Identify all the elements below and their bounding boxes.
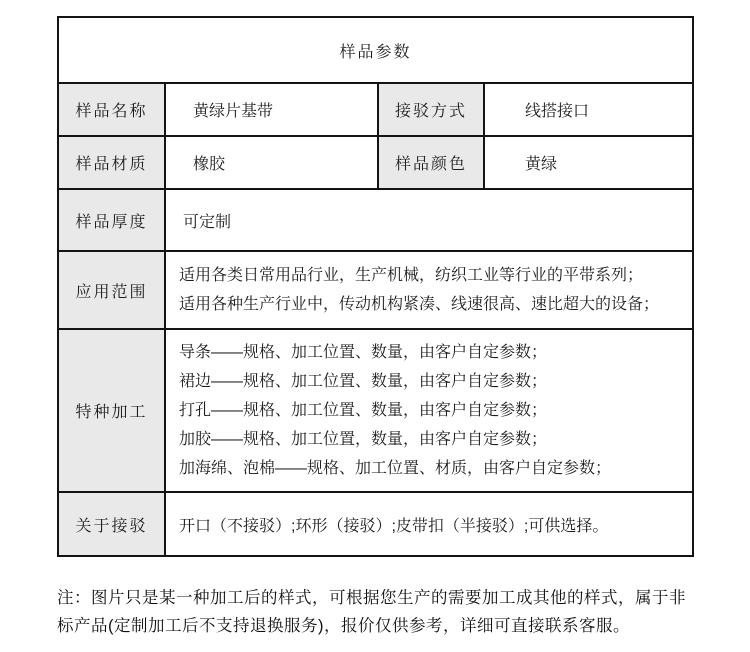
special-line-1: 导条——规格、加工位置、数量，由客户自定参数； bbox=[179, 338, 692, 367]
label-about-connection: 关于接驳 bbox=[58, 492, 165, 556]
label-sample-name: 样品名称 bbox=[58, 83, 165, 136]
row-sample-name: 样品名称 黄绿片基带 接驳方式 线搭接口 bbox=[58, 83, 693, 136]
table-title: 样品参数 bbox=[58, 17, 693, 83]
application-line-1: 适用各类日常用品行业，生产机械，纺织工业等行业的平带系列； bbox=[179, 261, 692, 290]
row-special-processing: 特种加工 导条——规格、加工位置、数量，由客户自定参数； 裙边——规格、加工位置… bbox=[58, 329, 693, 492]
title-row: 样品参数 bbox=[58, 17, 693, 83]
special-line-2: 裙边——规格、加工位置、数量，由客户自定参数； bbox=[179, 367, 692, 396]
row-about-connection: 关于接驳 开口（不接驳）;环形（接驳）;皮带扣（半接驳）;可供选择。 bbox=[58, 492, 693, 556]
label-application-scope: 应用范围 bbox=[58, 251, 165, 329]
value-sample-color: 黄绿 bbox=[484, 136, 693, 189]
footer-note: 注：图片只是某一种加工后的样式，可根据您生产的需要加工成其他的样式，属于非标产品… bbox=[57, 584, 702, 640]
label-sample-thickness: 样品厚度 bbox=[58, 189, 165, 251]
value-sample-thickness: 可定制 bbox=[165, 189, 693, 251]
sample-parameters-table: 样品参数 样品名称 黄绿片基带 接驳方式 线搭接口 样品材质 橡胶 样品颜色 黄… bbox=[57, 16, 694, 557]
label-sample-material: 样品材质 bbox=[58, 136, 165, 189]
special-line-5: 加海绵、泡棉——规格、加工位置、材质，由客户自定参数； bbox=[179, 454, 692, 483]
special-line-4: 加胶——规格、加工位置，数量，由客户自定参数； bbox=[179, 425, 692, 454]
row-sample-material: 样品材质 橡胶 样品颜色 黄绿 bbox=[58, 136, 693, 189]
application-line-2: 适用各种生产行业中，传动机构紧凑、线速很高、速比超大的设备； bbox=[179, 290, 692, 319]
product-spec-page: 样品参数 样品名称 黄绿片基带 接驳方式 线搭接口 样品材质 橡胶 样品颜色 黄… bbox=[0, 0, 750, 652]
row-sample-thickness: 样品厚度 可定制 bbox=[58, 189, 693, 251]
value-connection-method: 线搭接口 bbox=[484, 83, 693, 136]
label-connection-method: 接驳方式 bbox=[378, 83, 484, 136]
label-sample-color: 样品颜色 bbox=[378, 136, 484, 189]
label-special-processing: 特种加工 bbox=[58, 329, 165, 492]
value-application-scope: 适用各类日常用品行业，生产机械，纺织工业等行业的平带系列； 适用各种生产行业中，… bbox=[165, 251, 693, 329]
row-application-scope: 应用范围 适用各类日常用品行业，生产机械，纺织工业等行业的平带系列； 适用各种生… bbox=[58, 251, 693, 329]
value-sample-material: 橡胶 bbox=[165, 136, 378, 189]
special-line-3: 打孔——规格、加工位置、数量，由客户自定参数； bbox=[179, 396, 692, 425]
value-about-connection: 开口（不接驳）;环形（接驳）;皮带扣（半接驳）;可供选择。 bbox=[165, 492, 693, 556]
value-sample-name: 黄绿片基带 bbox=[165, 83, 378, 136]
value-special-processing: 导条——规格、加工位置、数量，由客户自定参数； 裙边——规格、加工位置、数量，由… bbox=[165, 329, 693, 492]
